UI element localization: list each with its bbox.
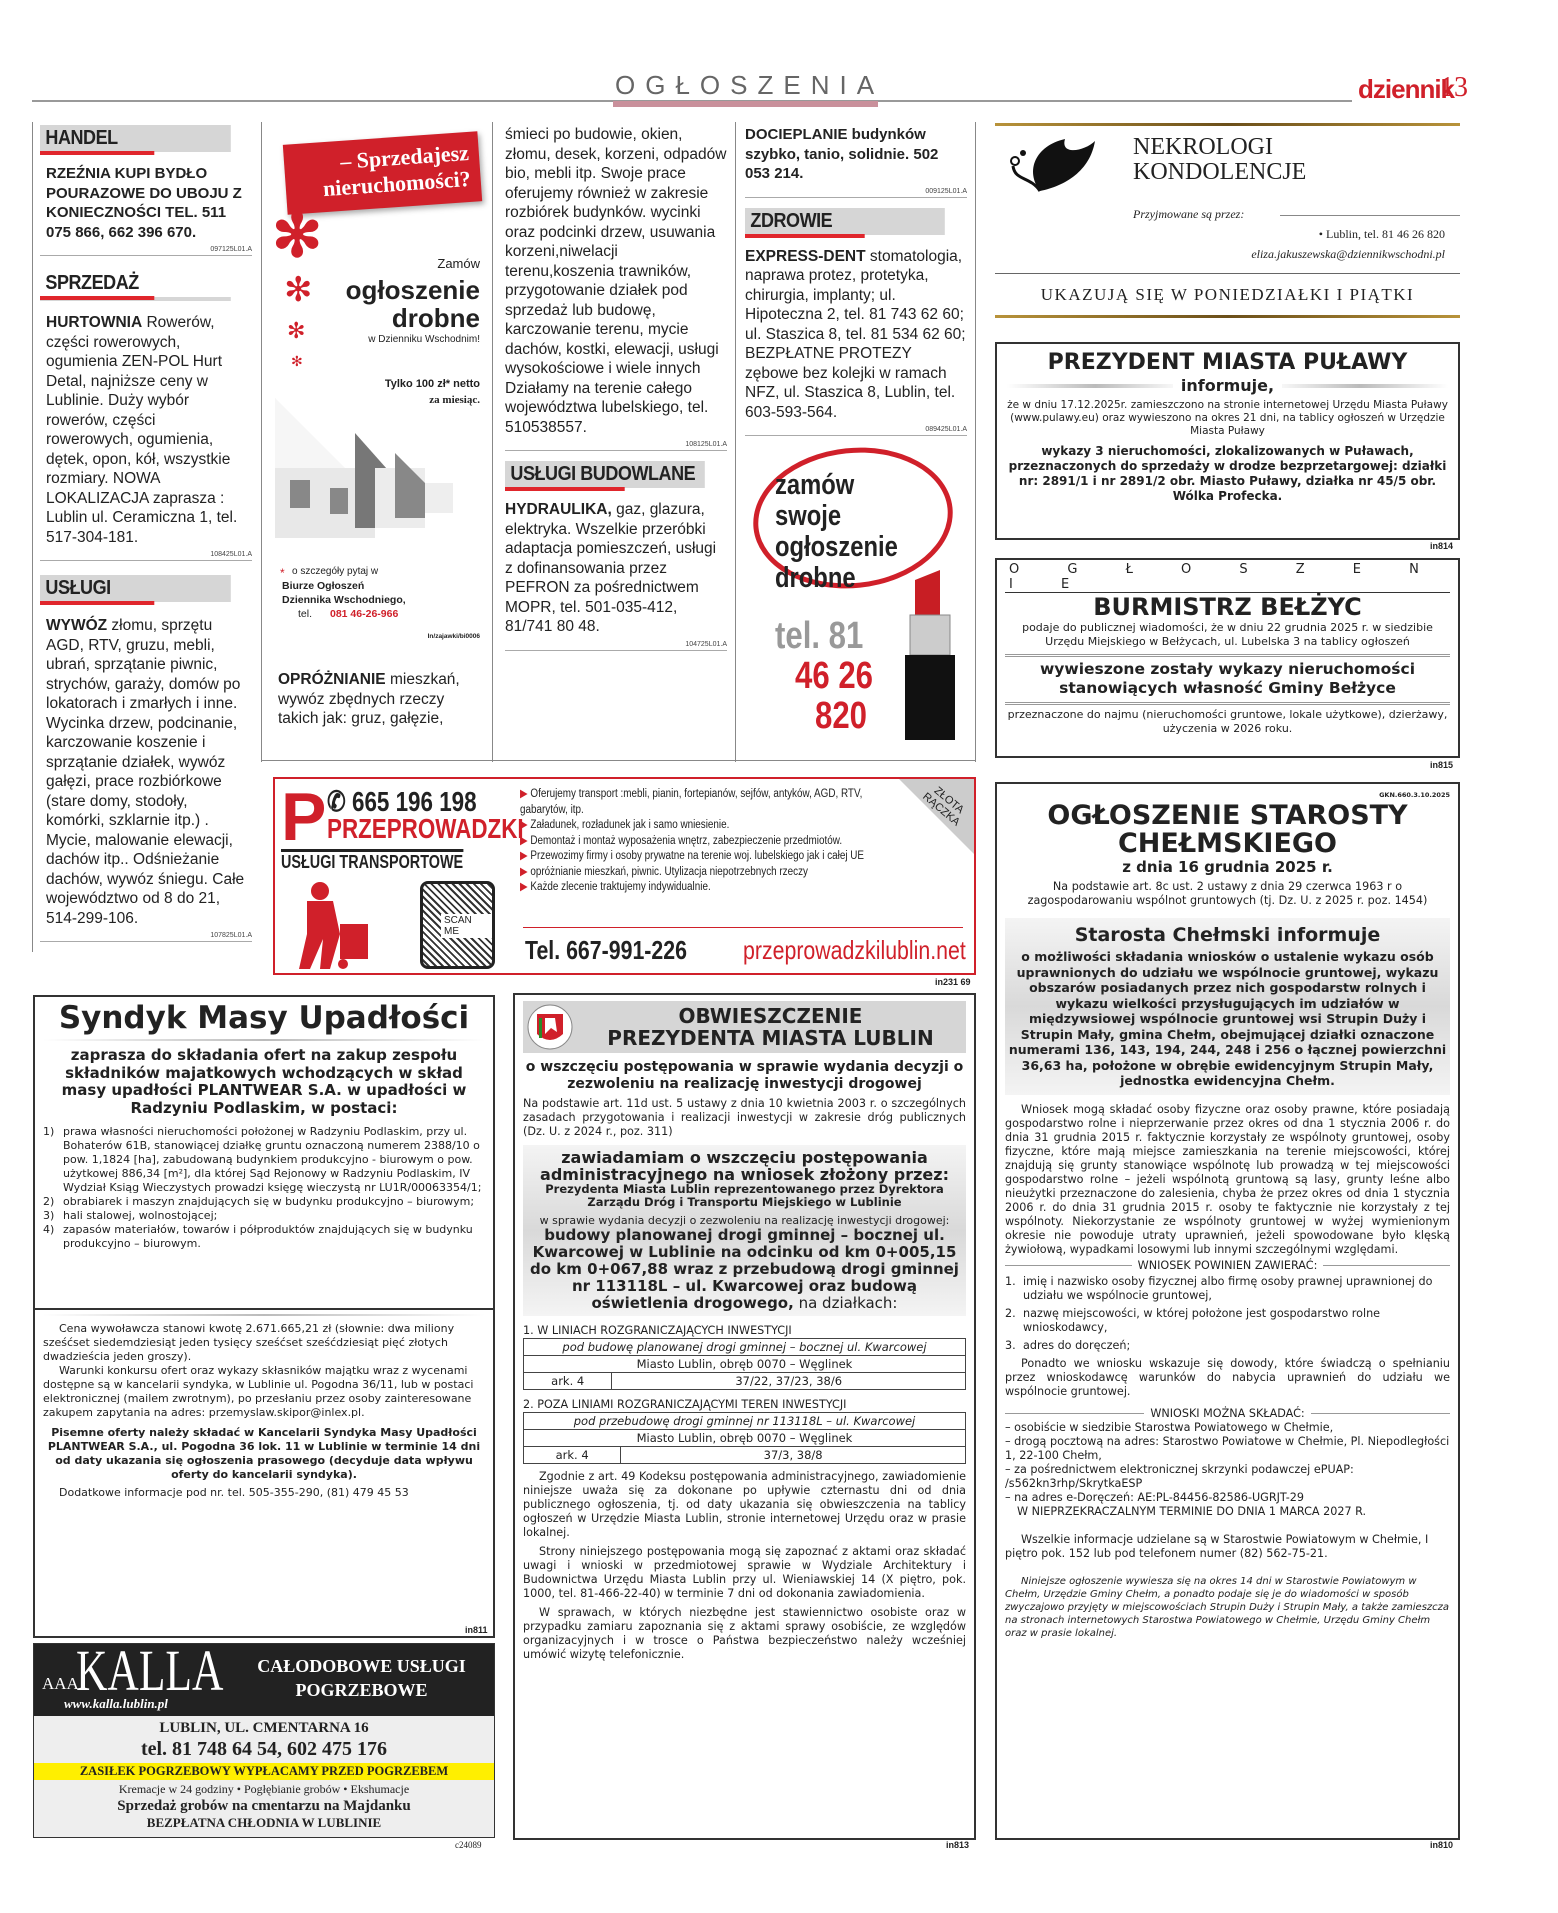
notice-bold: wywieszone zostały wykazy nieruchomości … — [1005, 654, 1450, 705]
classified-ad: HURTOWNIA Rowerów, części rowerowych, og… — [46, 313, 246, 547]
notice-bold: Pisemne oferty należy składać w Kancelar… — [43, 1426, 485, 1482]
notice-para: Niniejsze ogłoszenie wywiesza się na okr… — [1005, 1575, 1450, 1640]
promo-info1: o szczegóły pytaj w — [292, 566, 378, 577]
ad-code: in815 — [1430, 760, 1453, 770]
assets-list: 1)prawa własności nieruchomości położone… — [43, 1125, 485, 1251]
promo-tel2: 46 26 — [795, 655, 873, 698]
ad-code: in810 — [1430, 1840, 1453, 1850]
kalla-services: CAŁODOBOWE USŁUGIPOGRZEBOWE — [234, 1654, 489, 1702]
notice-para: Strony niniejszego postępowania mogą się… — [523, 1545, 966, 1601]
przeprowadzki-ad[interactable]: P ✆ 665 196 198 PRZEPROWADZKI USŁUGI TRA… — [273, 777, 976, 975]
notice-contact: Dodatkowe informacje pod nr. tel. 505-35… — [59, 1486, 485, 1500]
section-heading-uslugi-budowlane: USŁUGI BUDOWLANE — [505, 461, 705, 488]
promo-tel1: tel. 81 — [775, 615, 863, 658]
nekrologi-title: NEKROLOGIKONDOLENCJE — [1133, 135, 1306, 185]
notice-basis: Na podstawie art. 11d ust. 5 ustawy z dn… — [523, 1097, 966, 1139]
service-item: ▶ Każde zlecenie traktujemy indywidualni… — [520, 880, 881, 896]
divider — [40, 560, 252, 561]
kalla-header: AAA KALLA www.kalla.lublin.pl CAŁODOBOWE… — [34, 1644, 494, 1716]
asterisk-icon: ✻ — [272, 206, 322, 266]
column-3: śmieci po budowie, okien, złomu, desek, … — [505, 125, 727, 653]
phone-secondary[interactable]: Tel. 667-991-226 — [525, 935, 687, 966]
classified-ad-continued: śmieci po budowie, okien, złomu, desek, … — [505, 125, 727, 437]
ad-code: 108125L01.A — [505, 441, 727, 448]
gold-rule — [995, 123, 1460, 126]
divider — [995, 273, 1460, 274]
column-rule — [975, 122, 976, 762]
notice-title: PREZYDENT MIASTA PUŁAWY — [1007, 350, 1448, 376]
notice-date: z dnia 16 grudnia 2025 r. — [1005, 858, 1450, 876]
notice-header: OBWIESZCZENIEPREZYDENTA MIASTA LUBLIN — [523, 1001, 966, 1053]
asterisk-icon: ✻ — [287, 318, 305, 344]
notice-intro: zaprasza do składania ofert na zakup zes… — [43, 1047, 485, 1117]
gold-rule — [995, 315, 1460, 318]
notice-basis: Na podstawie art. 8c ust. 2 ustawy z dni… — [1005, 880, 1450, 908]
mover-icon — [285, 879, 375, 969]
qr-scan-label: SCAN ME — [441, 914, 492, 938]
ad-code: 009125L01.A — [745, 188, 967, 195]
notice-price: Cena wywoławcza stanowi kwotę 2.671.665,… — [43, 1322, 485, 1364]
notice-title: OGŁOSZENIE STAROSTYCHEŁMSKIEGO — [1005, 802, 1450, 858]
notice-foot: przeznaczone do najmu (nieruchomości gru… — [1005, 708, 1450, 736]
section-heading-sprzedaz: SPRZEDAŻ — [40, 270, 231, 301]
ad-code: 089425L01.A — [745, 426, 967, 433]
column-rule — [735, 122, 736, 762]
service-item: ▶ Oferujemy transport :mebli, pianin, fo… — [520, 787, 881, 818]
section-1-label: 1. W LINIACH ROZGRANICZAJĄCYCH INWESTYCJ… — [523, 1324, 966, 1338]
service-item: ▶ opróżnianie mieszkań, piwnic. Utylizac… — [520, 865, 881, 881]
nekrologi-email[interactable]: eliza.jakuszewska@dziennikwschodni.pl — [1251, 247, 1445, 262]
service-item: ▶ Przewozimy firmy i osoby prywatne na t… — [520, 849, 881, 865]
column-4: DOCIEPLANIE budynków szybko, tanio, soli… — [745, 125, 967, 438]
nekrologi-phone: • Lublin, tel. 81 46 26 820 — [1319, 227, 1445, 242]
lublin-notice: OBWIESZCZENIEPREZYDENTA MIASTA LUBLIN o … — [513, 993, 976, 1840]
list-item: – za pośrednictwem elektronicznej skrzyn… — [1005, 1463, 1450, 1491]
asset-item: 4)zapasów materiałów, towarów i półprodu… — [43, 1223, 485, 1251]
service-item: ▶ Załadunek, rozładunek jak i samo wnies… — [520, 818, 881, 834]
divider — [1280, 215, 1460, 216]
notice-para: Wniosek mogą składać osoby fizyczne oraz… — [1005, 1103, 1450, 1257]
ad-code: in811 — [465, 1625, 488, 1635]
notice-para: Zgodnie z art. 49 Kodeksu postępowania a… — [523, 1470, 966, 1540]
classified-ad: HYDRAULIKA, gaz, glazura, elektryka. Wsz… — [505, 500, 727, 637]
brand-subtitle: USŁUGI TRANSPORTOWE — [281, 849, 463, 873]
brand-initial: P — [281, 783, 326, 851]
accepted-label: Przyjmowane są przez: — [1133, 207, 1244, 222]
ad-code: in814 — [1430, 541, 1453, 551]
classified-ad: WYWÓZ złomu, sprzętu AGD, RTV, gruzu, me… — [46, 616, 246, 928]
ad-code: 108425L01.A — [40, 551, 252, 558]
nekrologi-schedule: UKAZUJĄ SIĘ W PONIEDZIAŁKI I PIĄTKI — [995, 285, 1460, 305]
notice-bold: wykazy 3 nieruchomości, zlokalizowanych … — [1007, 444, 1448, 504]
notice-subtitle: informuje, — [1007, 376, 1448, 395]
notice-title: OBWIESZCZENIEPREZYDENTA MIASTA LUBLIN — [578, 1005, 963, 1049]
service-item: ▶ Demontaż i montaż wyposażenia wnętrz, … — [520, 834, 881, 850]
syndyk-notice: Syndyk Masy Upadłości zaprasza do składa… — [33, 995, 495, 1310]
section-heading-uslugi: USŁUGI — [40, 575, 231, 602]
divider — [745, 435, 967, 436]
notice-highlight: Starosta Chełmski informuje o możliwości… — [1005, 918, 1450, 1095]
notice-body: że w dniu 17.12.2025r. zamieszczono na s… — [1007, 399, 1448, 438]
houses-illustration — [275, 368, 455, 538]
promo-line1: Zamów — [437, 256, 480, 271]
notice-para: Ponadto we wniosku wskazuje się dowody, … — [1005, 1357, 1450, 1399]
divider — [40, 255, 252, 256]
lublin-coat-of-arms-icon — [527, 1004, 573, 1050]
asset-item: 2)obrabiarek i maszyn znajdujących się w… — [43, 1195, 485, 1209]
divider — [43, 1314, 485, 1316]
list-item: 3.adres do doręczeń; — [1005, 1339, 1450, 1353]
section-heading-zdrowie: ZDROWIE — [745, 208, 945, 235]
promo-real-estate-ad[interactable]: – Sprzedajesz nieruchomości? ✻ ✻ ✻ ✻ Zam… — [270, 128, 485, 648]
promo-line3: drobne — [392, 304, 480, 332]
notice-para: W sprawach, w których niezbędne jest sta… — [523, 1606, 966, 1662]
kalla-highlight: ZASIŁEK POGRZEBOWY WYPŁACAMY PRZED POGRZ… — [34, 1763, 494, 1780]
asset-item: 1)prawa własności nieruchomości położone… — [43, 1125, 485, 1195]
notice-deadline: W NIEPRZEKRACZALNYM TERMINIE DO DNIA 1 M… — [1017, 1505, 1450, 1519]
divider — [523, 927, 963, 928]
plots-table-2: pod przebudowę drogi gminnej nr 113118L … — [523, 1412, 966, 1464]
ad-code: 104725L01.A — [505, 641, 727, 648]
notice-highlight: zawiadamiam o wszczęciu postępowania adm… — [523, 1145, 966, 1316]
nekrologi-ad: NEKROLOGIKONDOLENCJE Przyjmowane są prze… — [995, 123, 1460, 318]
syndyk-notice-continued: Cena wywoławcza stanowi kwotę 2.671.665,… — [33, 1308, 495, 1638]
promo-tel-label: tel. — [298, 608, 312, 620]
divider — [43, 1039, 485, 1041]
services-list: ▶ Oferujemy transport :mebli, pianin, fo… — [520, 787, 881, 896]
list-item: – drogą pocztową na adres: Starostwo Pow… — [1005, 1435, 1450, 1463]
section-title: OGŁOSZENIA — [615, 70, 884, 101]
kalla-ad: AAA KALLA www.kalla.lublin.pl CAŁODOBOWE… — [33, 1643, 495, 1838]
promo-tel3: 820 — [815, 695, 867, 738]
list-item: – osobiście w siedzibie Starostwa Powiat… — [1005, 1421, 1450, 1435]
kalla-aaa: AAA — [42, 1674, 79, 1694]
kalla-line2: Sprzedaż grobów na cmentarzu na Majdanku — [34, 1797, 494, 1815]
website-link[interactable]: przeprowadzkilublin.net — [743, 935, 966, 966]
list-heading: WNIOSEK POWINIEN ZAWIERAĆ: — [1005, 1259, 1450, 1273]
asset-item: 3)hali stalowej, wolnostojącej; — [43, 1209, 485, 1223]
plots-table-1: pod budowę planowanej drogi gminnej – bo… — [523, 1338, 966, 1390]
pulawy-notice: PREZYDENT MIASTA PUŁAWY informuje, że w … — [995, 342, 1460, 540]
notice-body: podaje do publicznej wiadomości, że w dn… — [1005, 621, 1450, 649]
notice-subtitle: o wszczęciu postępowania w sprawie wydan… — [523, 1059, 966, 1093]
kalla-line1: Kremacje w 24 godziny • Pogłębianie grob… — [34, 1782, 494, 1797]
promo-bubble-text: zamów swoje ogłoszenie drobne — [775, 470, 906, 594]
ad-code: 107825L01.A — [40, 932, 252, 939]
ad-code: in813 — [946, 1840, 969, 1850]
kalla-url[interactable]: www.kalla.lublin.pl — [64, 1696, 168, 1712]
ad-code: In/zajawki/bi0006 — [428, 633, 480, 640]
promo-order-ad[interactable]: zamów swoje ogłoszenie drobne tel. 81 46… — [745, 440, 967, 750]
page-number: 13 — [1440, 72, 1468, 104]
column-rule — [492, 122, 493, 762]
list-item: 1.imię i nazwisko osoby fizycznej albo f… — [1005, 1275, 1450, 1303]
classified-ad: DOCIEPLANIE budynków szybko, tanio, soli… — [745, 125, 967, 184]
kalla-address: LUBLIN, UL. CMENTARNA 16 — [34, 1719, 494, 1737]
list-item: 2.nazwę miejscowości, w której położone … — [1005, 1307, 1450, 1335]
ad-code: in231 69 — [935, 977, 971, 987]
notice-terms: Warunki konkursu ofert oraz wykazy skłas… — [43, 1364, 485, 1420]
notice-title: Syndyk Masy Upadłości — [43, 999, 485, 1037]
kalla-line3: BEZPŁATNA CHŁODNIA W LUBLINIE — [34, 1815, 494, 1831]
kalla-phone: tel. 81 748 64 54, 602 475 176 — [34, 1737, 494, 1761]
notice-para: Wszelkie informacje udzielane są w Staro… — [1005, 1533, 1450, 1561]
column-rule — [32, 122, 33, 952]
leaf-ornament-icon — [1005, 131, 1100, 206]
classified-ad: EXPRESS-DENT stomatologia, naprawa prote… — [745, 247, 967, 423]
column-1: HANDEL RZEŹNIA KUPI BYDŁO POURAZOWE DO U… — [40, 125, 252, 944]
ad-code: 097125L01.A — [40, 246, 252, 253]
section-title-underline — [613, 101, 878, 107]
list-heading: WNIOSKI MOŻNA SKŁADAĆ: — [1005, 1407, 1450, 1421]
divider — [40, 941, 252, 942]
notice-label: O G Ł O S Z E N I E — [1005, 562, 1450, 593]
section-2-label: 2. POZA LINIAMI ROZGRANICZAJĄCYMI TEREN … — [523, 1398, 966, 1412]
kalla-name: KALLA — [76, 1640, 223, 1702]
promo-tel: 081 46-26-966 — [330, 608, 398, 620]
column-rule — [261, 122, 262, 762]
section-heading-handel: HANDEL — [40, 125, 231, 152]
promo-info2: Biurze Ogłoszeń — [282, 580, 364, 592]
classified-ad: OPRÓŻNIANIE mieszkań, wywóz zbędnych rze… — [278, 670, 483, 729]
classified-ad: RZEŹNIA KUPI BYDŁO POURAZOWE DO UBOJU Z … — [46, 164, 246, 242]
qr-code[interactable]: SCAN ME — [420, 881, 495, 969]
asterisk-icon: ✻ — [284, 273, 313, 307]
promo-line2: ogłoszenie — [346, 276, 480, 304]
divider — [505, 450, 727, 451]
divider — [262, 760, 975, 761]
asterisk-icon: * — [280, 566, 285, 580]
belzyce-notice: O G Ł O S Z E N I E BURMISTRZ BEŁŻYC pod… — [995, 558, 1460, 758]
ad-code: c24089 — [455, 1840, 482, 1850]
divider — [505, 650, 727, 651]
brand-name: PRZEPROWADZKI — [327, 815, 524, 843]
list-item: – na adres e-Doręczeń: AE:PL-84456-82586… — [1005, 1491, 1450, 1505]
chelm-notice: GKN.660.3.10.2025 OGŁOSZENIE STAROSTYCHE… — [995, 782, 1460, 1840]
divider — [745, 197, 967, 198]
lipstick-icon — [895, 570, 965, 745]
notice-title: BURMISTRZ BEŁŻYC — [1005, 593, 1450, 621]
promo-line4: w Dzienniku Wschodnim! — [368, 334, 480, 345]
promo-info3: Dziennika Wschodniego, — [282, 594, 406, 606]
